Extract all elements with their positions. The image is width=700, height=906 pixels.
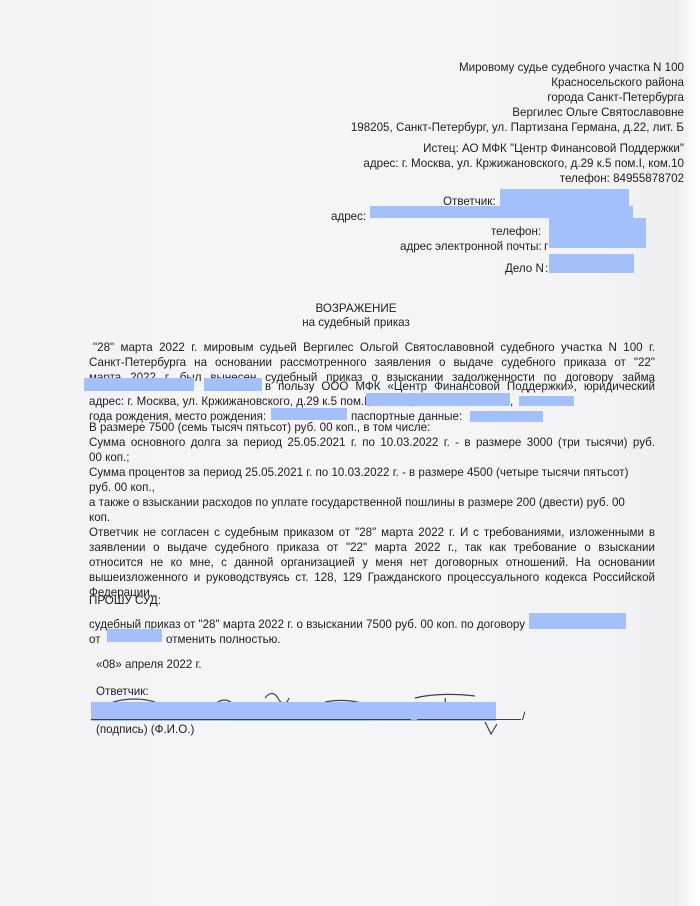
request-heading: ПРОШУ СУД: (89, 593, 161, 608)
body-line5-comma: , (510, 394, 513, 409)
redacted-contract-date (204, 378, 262, 391)
body-line: Санкт-Петербурга на основании рассмотрен… (89, 355, 655, 370)
body-line9: 00 коп.; (89, 450, 130, 465)
redacted-request-contract (529, 613, 626, 629)
body-line10: Сумма процентов за период 25.05.2021 г. … (89, 465, 628, 480)
redacted-birthdate (519, 396, 574, 406)
objection-line: заявлении о выдаче судебного приказа от … (89, 540, 655, 555)
objection-line: Ответчик не согласен с судебным приказом… (89, 525, 655, 540)
addressee-line: города Санкт-Петербурга (547, 90, 684, 105)
name-underline (417, 719, 521, 720)
signature-underline (91, 719, 411, 720)
body-line11: руб. 00 коп., (89, 480, 155, 495)
addressee-line: Красносельского района (551, 75, 684, 90)
request-line2-rest: отменить полностью. (166, 632, 281, 647)
addressee-address: 198205, Санкт-Петербург, ул. Партизана Г… (351, 120, 684, 135)
defendant-phone-label: телефон: (491, 224, 541, 239)
plaintiff-address: адрес: г. Москва, ул. Кржижановского, д.… (363, 156, 684, 171)
body-line: "28" марта 2022 г. мировым судьей Вергил… (93, 340, 655, 355)
redacted-contract-number (84, 378, 194, 391)
addressee-line: Вергилес Ольге Святославовне (512, 105, 684, 120)
case-number-partial: : (545, 261, 548, 276)
redacted-defendant-address (370, 206, 633, 218)
plaintiff-phone: телефон: 84955878702 (560, 171, 684, 186)
body-line13: коп. (89, 510, 110, 525)
defendant-address-label: адрес: (331, 209, 366, 224)
defendant-email-partial: г (544, 239, 548, 254)
redacted-passport (470, 411, 543, 422)
page-edge (678, 0, 700, 906)
case-number-label: Дело N (505, 261, 544, 276)
redacted-defendant-fullname (366, 393, 510, 406)
redacted-case-number (549, 254, 634, 273)
addressee-line: Мировому судье судебного участка N 100 (459, 60, 684, 75)
signature-caption: (подпись) (Ф.И.О.) (96, 722, 194, 737)
body-line12: а также о взыскании расходов по уплате г… (89, 495, 625, 510)
defendant-email-label: адрес электронной почты: (400, 239, 542, 254)
redacted-request-date (107, 629, 162, 642)
body-line7: В размере 7500 (семь тысяч пятьсот) руб.… (89, 420, 430, 435)
document-subtitle: на судебный приказ (0, 315, 700, 330)
scanned-page: Мировому судье судебного участка N 100 К… (0, 0, 700, 906)
plaintiff-name: Истец: АО МФК "Центр Финансовой Поддержк… (423, 141, 684, 156)
slash-mark: / (522, 709, 525, 724)
redacted-birthplace (271, 408, 347, 420)
document-date: «08» апреля 2022 г. (96, 657, 202, 672)
body-line8: Сумма основного долга за период 25.05.20… (89, 435, 655, 450)
objection-line: относится не ко мне, с данной организаци… (89, 555, 655, 570)
objection-line: вышеизложенного и руководствуясь ст. 128… (89, 570, 655, 585)
request-from: от (89, 632, 101, 647)
redacted-defendant-contacts (549, 218, 646, 248)
